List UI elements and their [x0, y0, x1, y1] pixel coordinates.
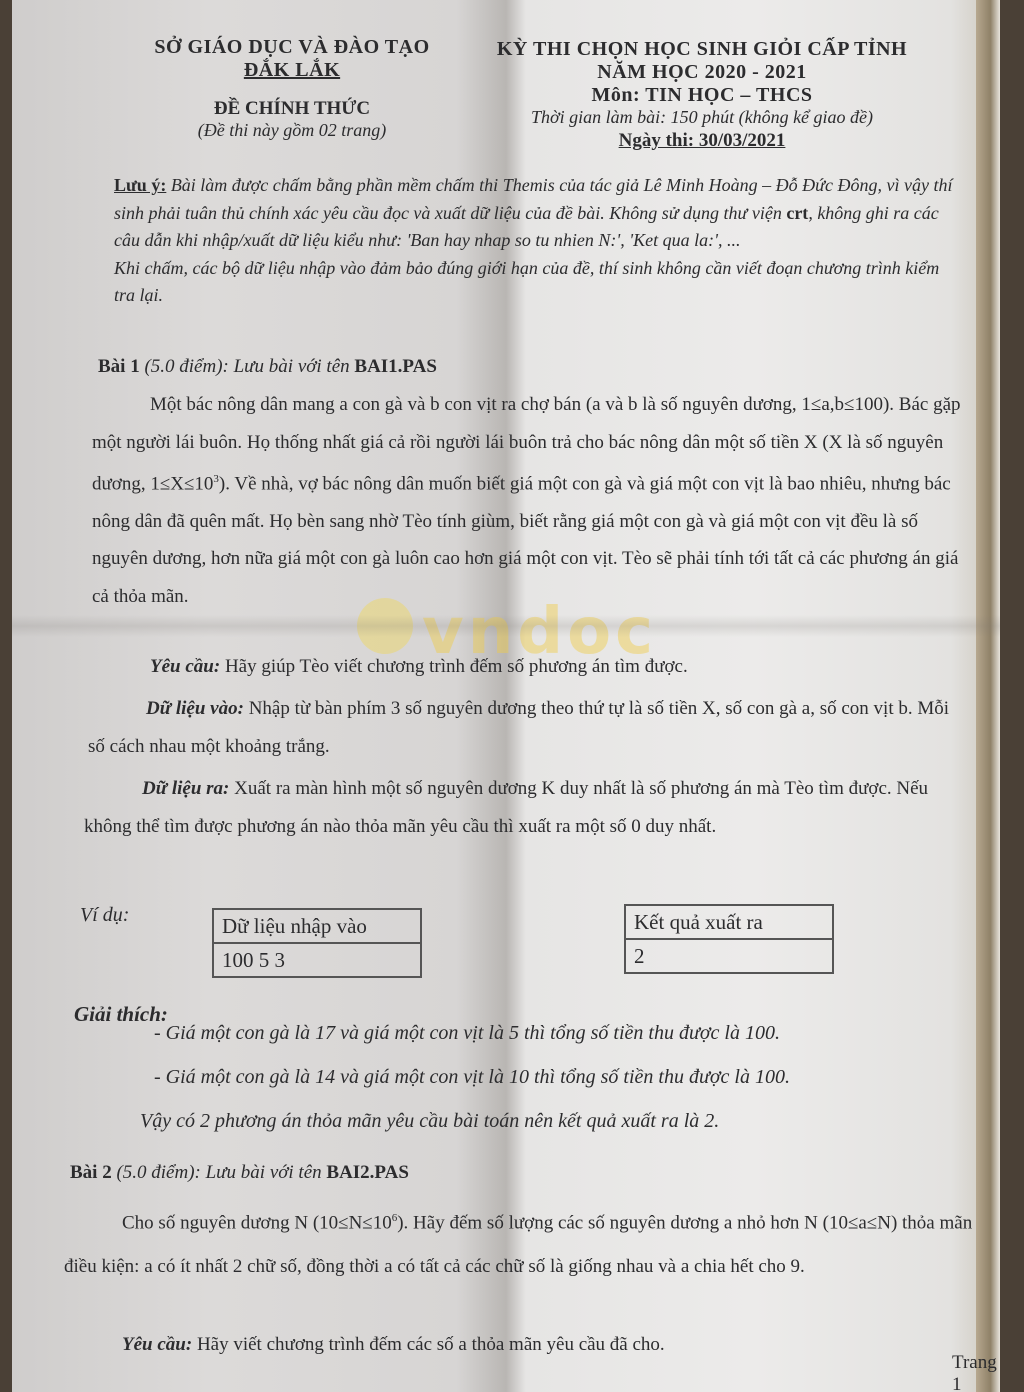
bai2-title-label: Bài 2 — [70, 1162, 112, 1183]
bai1-input: Dữ liệu vào: Nhập từ bàn phím 3 số nguyê… — [88, 690, 968, 765]
bai1-body: Một bác nông dân mang a con gà và b con … — [92, 386, 972, 615]
header-left: SỞ GIÁO DỤC VÀ ĐÀO TẠO ĐẮK LẮK ĐỀ CHÍNH … — [112, 36, 472, 141]
bai1-title-label: Bài 1 — [98, 356, 140, 377]
paper-edge — [976, 0, 1000, 1392]
bai2-title-desc: (5.0 điểm): Lưu bài với tên — [112, 1162, 327, 1183]
note-label: Lưu ý: — [114, 175, 166, 195]
bai2-req-text: Hãy viết chương trình đếm các số a thỏa … — [192, 1334, 665, 1355]
bai1-output: Dữ liệu ra: Xuất ra màn hình một số nguy… — [84, 770, 964, 845]
example-input-value: 100 5 3 — [213, 943, 421, 977]
exam-title: KỲ THI CHỌN HỌC SINH GIỎI CẤP TỈNH — [472, 38, 932, 61]
bai1-title: Bài 1 (5.0 điểm): Lưu bài với tên BAI1.P… — [98, 356, 437, 378]
department-name: SỞ GIÁO DỤC VÀ ĐÀO TẠO — [112, 36, 472, 59]
bai2-body-1: Cho số nguyên dương N (10≤N≤10 — [122, 1212, 392, 1233]
bai1-output-label: Dữ liệu ra: — [142, 778, 229, 799]
duration: Thời gian làm bài: 150 phút (không kể gi… — [472, 107, 932, 128]
page-count-note: (Đề thi này gồm 02 trang) — [112, 120, 472, 141]
bai2-title: Bài 2 (5.0 điểm): Lưu bài với tên BAI2.P… — [70, 1162, 409, 1184]
example-output-value: 2 — [625, 939, 833, 973]
bai1-title-desc: (5.0 điểm): Lưu bài với tên — [140, 356, 355, 377]
example-label: Ví dụ: — [80, 904, 129, 927]
example-input-header: Dữ liệu nhập vào — [213, 909, 421, 943]
bai1-req-text: Hãy giúp Tèo viết chương trình đếm số ph… — [220, 656, 688, 677]
example-output-table: Kết quả xuất ra 2 — [624, 904, 834, 974]
note-text-3: Khi chấm, các bộ dữ liệu nhập vào đảm bả… — [114, 258, 939, 306]
explain-line-1: - Giá một con gà là 17 và giá một con vị… — [154, 1022, 780, 1045]
page-number: Trang 1 — [952, 1352, 1000, 1392]
official-label: ĐỀ CHÍNH THỨC — [112, 98, 472, 120]
bai2-req-label: Yêu cầu: — [122, 1334, 192, 1355]
school-year: NĂM HỌC 2020 - 2021 — [472, 61, 932, 84]
explain-line-2: - Giá một con gà là 14 và giá một con vị… — [154, 1066, 790, 1089]
note-block: Lưu ý: Bài làm được chấm bằng phần mềm c… — [114, 172, 964, 310]
explain-line-3: Vậy có 2 phương án thỏa mãn yêu cầu bài … — [140, 1110, 719, 1133]
exam-page: SỞ GIÁO DỤC VÀ ĐÀO TẠO ĐẮK LẮK ĐỀ CHÍNH … — [12, 0, 1000, 1392]
bai2-requirement: Yêu cầu: Hãy viết chương trình đếm các s… — [64, 1326, 944, 1364]
province-name: ĐẮK LẮK — [112, 59, 472, 82]
note-crt: crt — [786, 203, 808, 223]
example-output-header: Kết quả xuất ra — [625, 905, 833, 939]
example-input-table: Dữ liệu nhập vào 100 5 3 — [212, 908, 422, 978]
bai1-req-label: Yêu cầu: — [150, 656, 220, 677]
bai2-filename: BAI2.PAS — [326, 1162, 409, 1183]
exam-date: Ngày thi: 30/03/2021 — [472, 130, 932, 152]
subject: Môn: TIN HỌC – THCS — [472, 84, 932, 107]
bai1-filename: BAI1.PAS — [354, 356, 437, 377]
header-right: KỲ THI CHỌN HỌC SINH GIỎI CẤP TỈNH NĂM H… — [472, 38, 932, 152]
bai2-body: Cho số nguyên dương N (10≤N≤106). Hãy đế… — [64, 1196, 1004, 1289]
bai1-input-label: Dữ liệu vào: — [146, 698, 244, 719]
watermark-logo-icon — [357, 598, 413, 654]
bai1-body-2: ). Về nhà, vợ bác nông dân muốn biết giá… — [92, 473, 958, 607]
bai1-requirement: Yêu cầu: Hãy giúp Tèo viết chương trình … — [92, 648, 972, 686]
